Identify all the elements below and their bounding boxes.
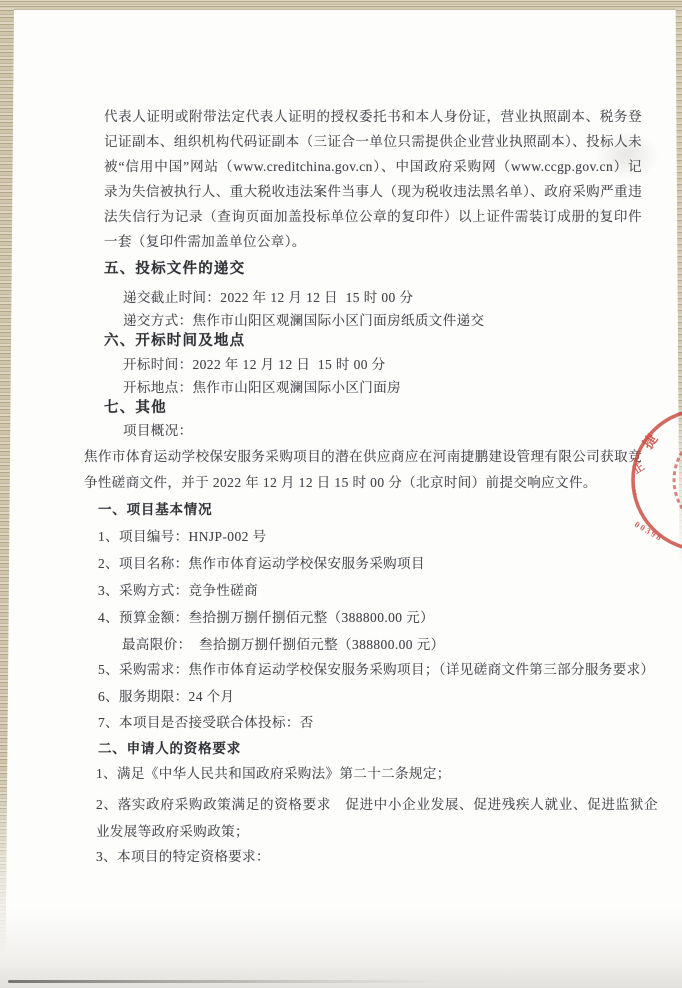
qualification-item-3: 3、本项目的特定资格要求： [96,847,270,867]
book-top-edge [0,0,682,10]
project-overview-label: 项目概况： [123,421,193,441]
qualification-item-2: 2、落实政府采购政策满足的资格要求 促进中小企业发展、促进残疾人就业、促进监狱企… [96,791,658,845]
item-service-period: 6、服务期限：24 个月 [98,687,234,707]
item-max-price: 最高限价： 叁拾捌万捌仟捌佰元整（388800.00 元） [122,635,445,655]
heading-applicant-qualifications: 二、申请人的资格要求 [98,739,241,759]
page-bottom-edge-line [8,980,448,983]
seal-char-top: 捷 [639,431,662,453]
item-project-name: 2、项目名称：焦作市体育运动学校保安服务采购项目 [98,554,425,574]
item-consortium-bid: 7、本项目是否接受联合体投标：否 [98,713,314,733]
qualification-item-1: 1、满足《中华人民共和国政府采购法》第二十二条规定； [96,764,451,784]
item-procurement-method: 3、采购方式：竞争性磋商 [98,581,258,601]
submission-method: 递交方式：焦作市山阳区观澜国际小区门面房纸质文件递交 [123,311,484,331]
section-title-other: 七、其他 [104,398,167,418]
section-title-bid-opening: 六、开标时间及地点 [104,331,245,351]
item-budget-amount: 4、预算金额：叁拾捌万捌仟捌佰元整（388800.00 元） [98,608,434,628]
book-left-edge [0,8,14,958]
item-procurement-demand: 5、采购需求：焦作市体育运动学校保安服务采购项目；（详见磋商文件第三部分服务要求… [98,660,654,680]
red-seal-stamp: 捷 正 ∶ 00398 [626,404,682,562]
scanned-document-page: 代表人证明或附带法定代表人证明的授权委托书和本人身份证，营业执照副本、税务登记证… [0,0,682,988]
submission-deadline: 递交截止时间：2022 年 12 月 12 日 15 时 00 分 [123,288,413,308]
page-bottom-shadow [0,908,682,988]
section-title-bid-submission: 五、投标文件的递交 [104,259,245,279]
heading-basic-info: 一、项目基本情况 [98,500,212,520]
certificates-requirement-paragraph: 代表人证明或附带法定代表人证明的授权委托书和本人身份证，营业执照副本、税务登记证… [104,104,642,254]
item-project-number: 1、项目编号：HNJP-002 号 [98,527,266,547]
opening-time: 开标时间：2022 年 12 月 12 日 15 时 00 分 [123,355,386,375]
opening-place: 开标地点：焦作市山阳区观澜国际小区门面房 [123,378,401,398]
project-overview-paragraph: 焦作市体育运动学校保安服务采购项目的潜在供应商应在河南捷鹏建设管理有限公司获取竞… [84,444,642,495]
